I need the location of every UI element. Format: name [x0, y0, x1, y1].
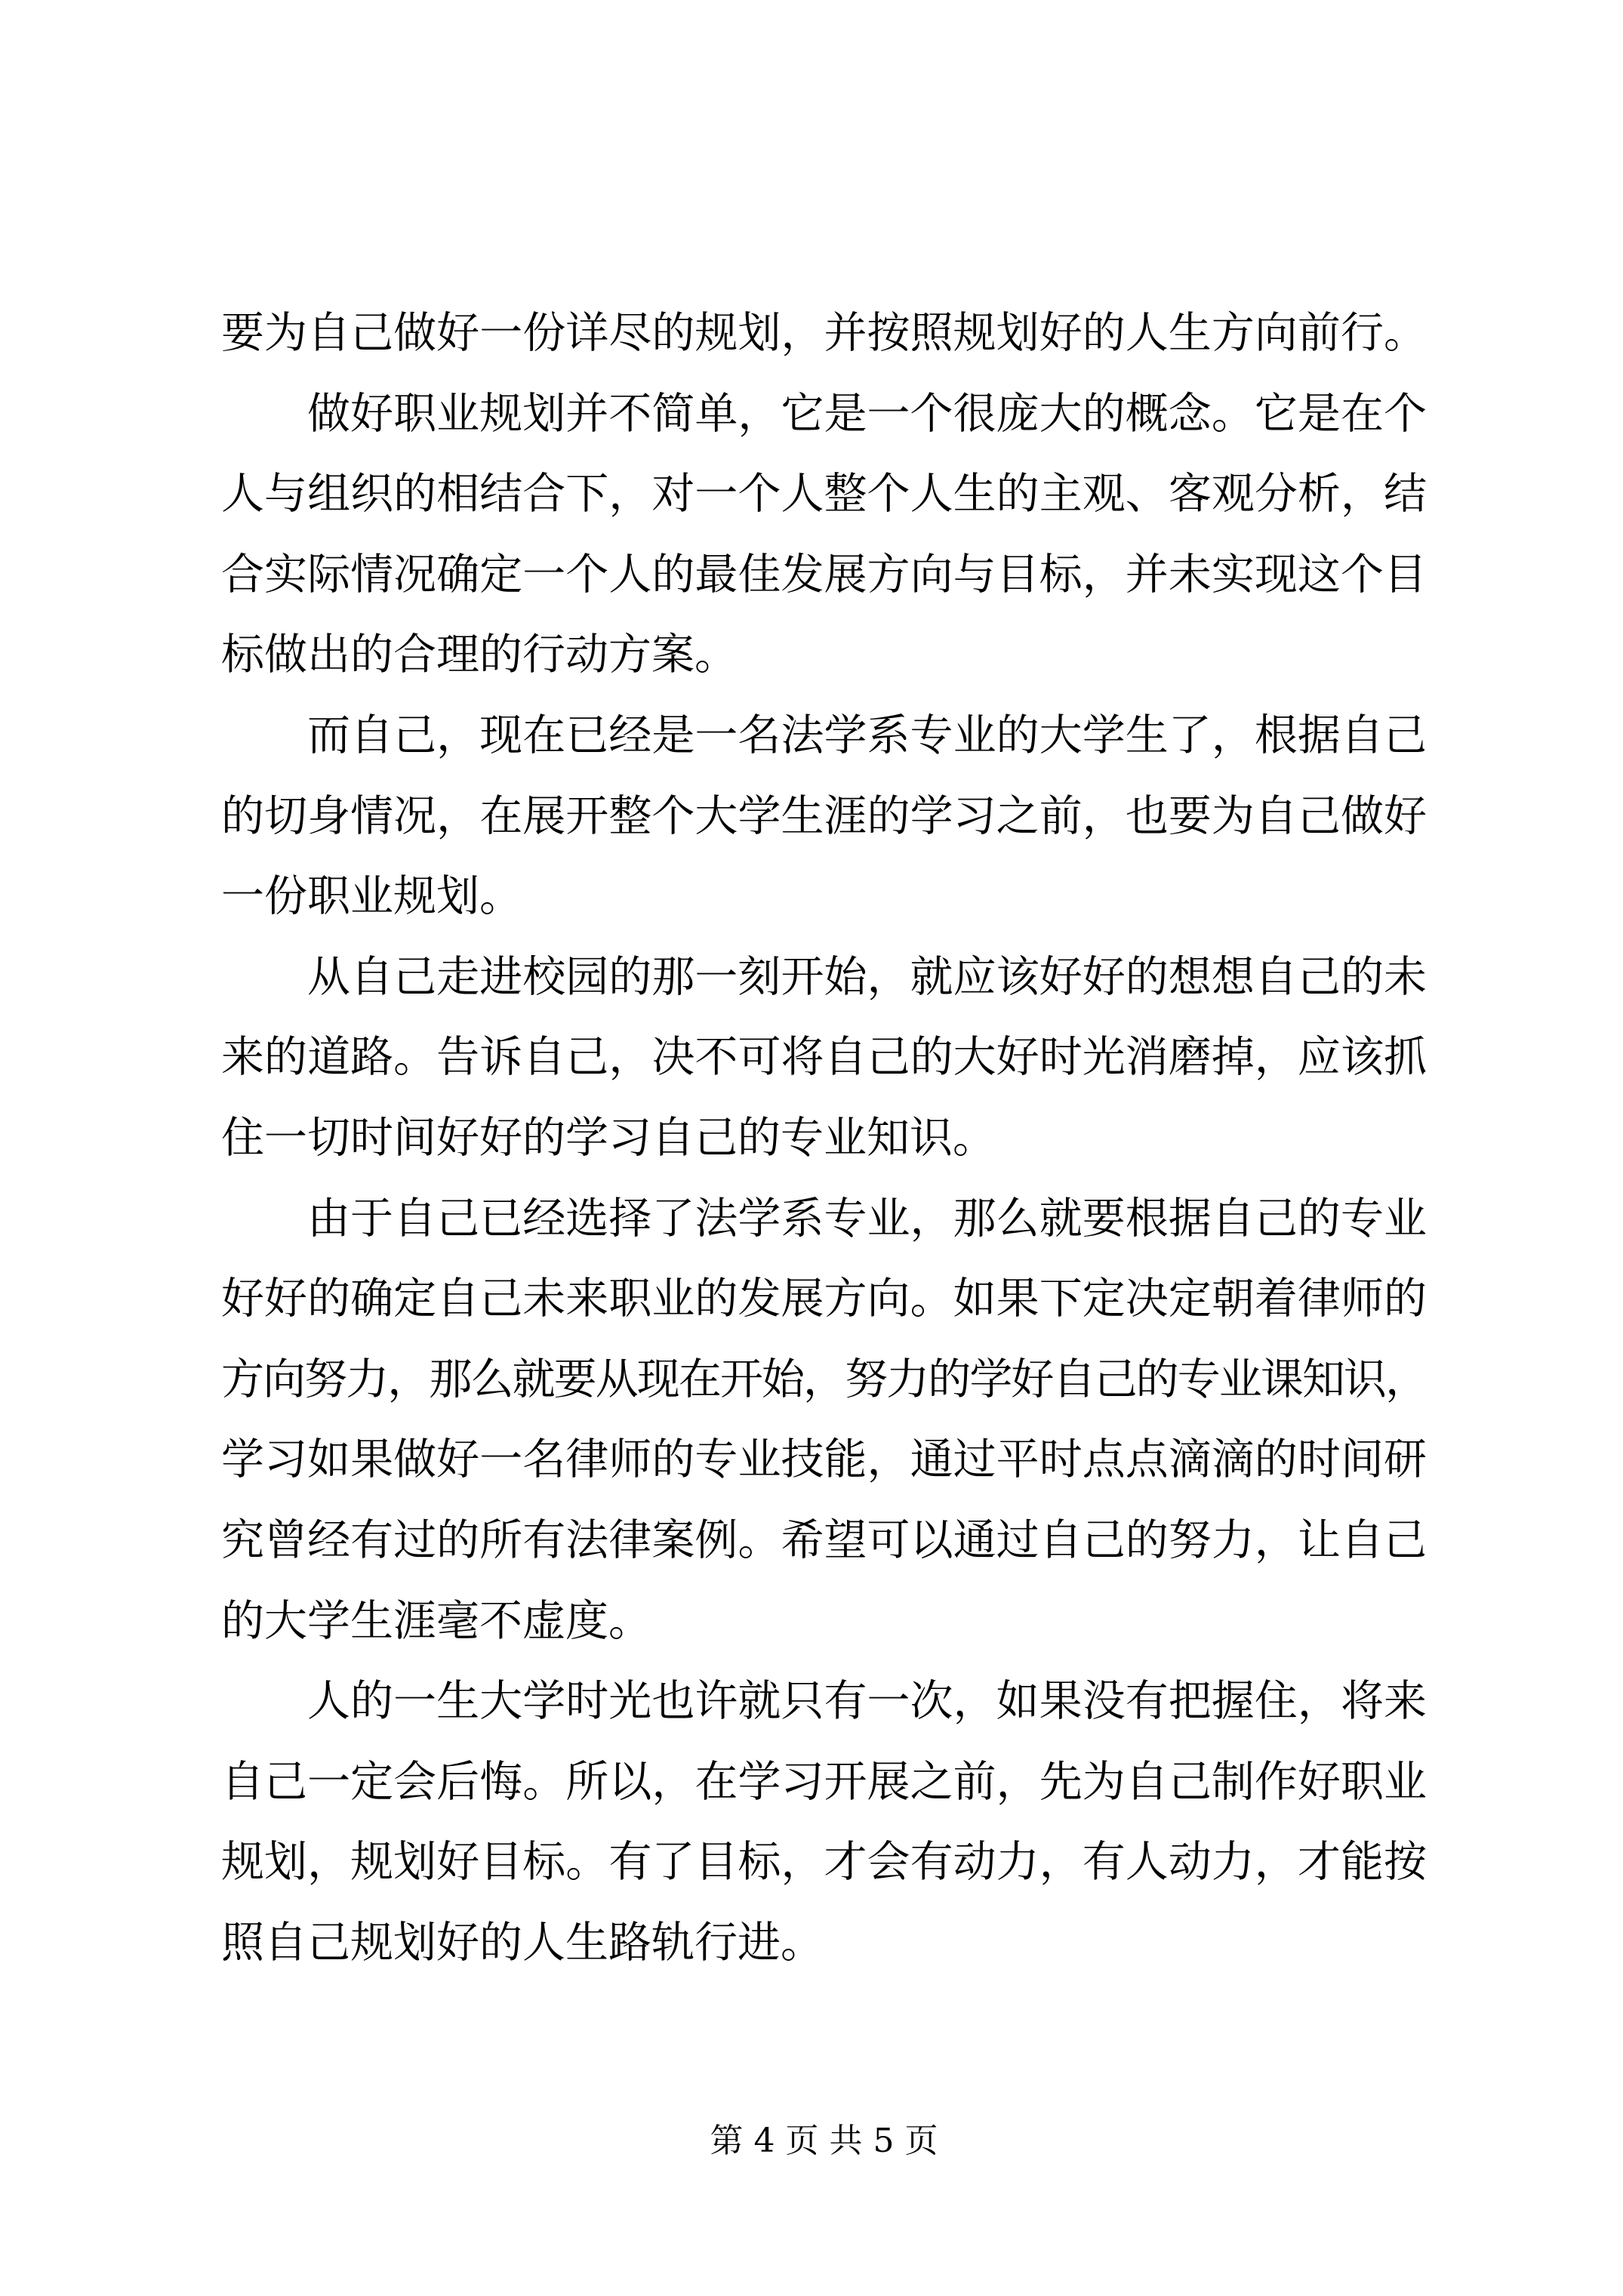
text-line: 而自己，现在已经是一名法学系专业的大学生了，根据自己: [221, 695, 1427, 776]
text-line: 学习如果做好一名律师的专业技能，通过平时点点滴滴的时间研: [221, 1419, 1427, 1500]
document-body: 要为自己做好一份详尽的规划，并按照规划好的人生方向前行。 做好职业规划并不简单，…: [221, 293, 1427, 1983]
text-line: 由于自己已经选择了法学系专业，那么就要根据自己的专业: [221, 1179, 1427, 1259]
text-line: 的大学生涯毫不虚度。: [221, 1581, 1427, 1662]
text-line: 人与组织的相结合下，对一个人整个人生的主观、客观分析，结: [221, 454, 1427, 535]
text-line: 从自己走进校园的那一刻开始，就应该好好的想想自己的未: [221, 937, 1427, 1018]
page-number-text: 第 4 页 共 5 页: [710, 2122, 938, 2160]
page-footer: 第 4 页 共 5 页: [221, 2119, 1427, 2164]
text-line: 做好职业规划并不简单，它是一个很庞大的概念。它是在个: [221, 374, 1427, 455]
document-page: 要为自己做好一份详尽的规划，并按照规划好的人生方向前行。 做好职业规划并不简单，…: [0, 0, 1623, 2296]
text-line: 要为自己做好一份详尽的规划，并按照规划好的人生方向前行。: [221, 293, 1427, 374]
text-line: 住一切时间好好的学习自己的专业知识。: [221, 1098, 1427, 1179]
text-line: 标做出的合理的行动方案。: [221, 615, 1427, 695]
text-line: 方向努力，那么就要从现在开始，努力的学好自己的专业课知识，: [221, 1339, 1427, 1420]
text-line: 究曾经有过的所有法律案例。希望可以通过自己的努力，让自己: [221, 1500, 1427, 1581]
text-line: 人的一生大学时光也许就只有一次，如果没有把握住，将来: [221, 1661, 1427, 1742]
text-line: 来的道路。告诉自己，决不可将自己的大好时光消磨掉，应该抓: [221, 1017, 1427, 1098]
text-line: 合实际情况确定一个人的最佳发展方向与目标，并未实现这个目: [221, 535, 1427, 615]
text-line: 自己一定会后悔。所以，在学习开展之前，先为自己制作好职业: [221, 1742, 1427, 1823]
text-line: 规划，规划好目标。有了目标，才会有动力，有人动力，才能按: [221, 1822, 1427, 1903]
text-line: 好好的确定自己未来职业的发展方向。如果下定决定朝着律师的: [221, 1259, 1427, 1339]
text-line: 一份职业规划。: [221, 856, 1427, 937]
text-line: 的切身情况，在展开整个大学生涯的学习之前，也要为自己做好: [221, 776, 1427, 857]
text-line: 照自己规划好的人生路轨行进。: [221, 1903, 1427, 1983]
